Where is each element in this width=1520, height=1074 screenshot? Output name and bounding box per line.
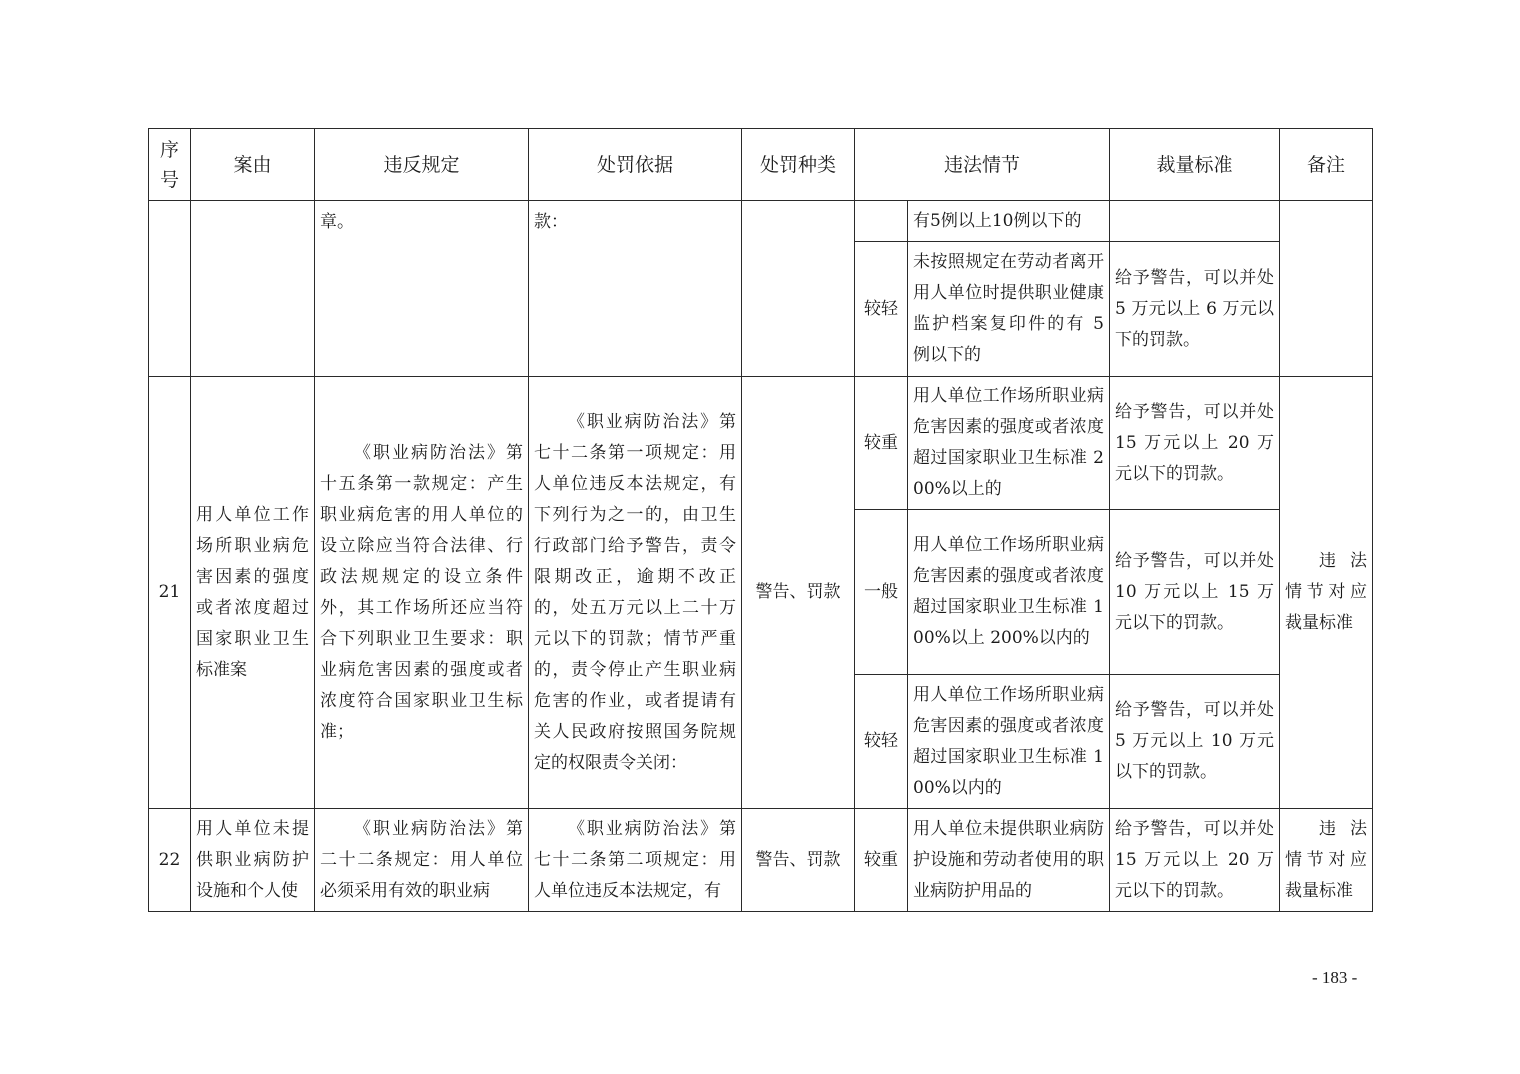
header-seq: 序号 xyxy=(149,129,191,201)
cell-level: 较轻 xyxy=(855,242,908,377)
cell-level xyxy=(855,201,908,242)
header-circumstance: 违法情节 xyxy=(855,129,1110,201)
cell-violation: 《职业病防治法》第二十二条规定：用人单位必须采用有效的职业病 xyxy=(315,809,529,912)
cell-type xyxy=(742,201,855,377)
cell-violation: 章。 xyxy=(315,201,529,377)
cell-case: 用人单位工作场所职业病危害因素的强度或者浓度超过国家职业卫生标准案 xyxy=(191,377,315,809)
cell-remark: 违法情节对应裁量标准 xyxy=(1280,377,1373,809)
cell-level: 较重 xyxy=(855,377,908,510)
cell-basis: 款： xyxy=(529,201,742,377)
header-case: 案由 xyxy=(191,129,315,201)
cell-remark xyxy=(1280,201,1373,377)
page-number: - 183 - xyxy=(1312,968,1357,988)
header-remark: 备注 xyxy=(1280,129,1373,201)
table-row-continuation-1: 章。 款： 有5例以上10例以下的 xyxy=(149,201,1373,242)
cell-basis: 《职业病防治法》第七十二条第二项规定：用人单位违反本法规定，有 xyxy=(529,809,742,912)
cell-circumstance: 用人单位工作场所职业病危害因素的强度或者浓度超过国家职业卫生标准 200%以上的 xyxy=(908,377,1110,510)
cell-standard: 给予警告，可以并处 15 万元以上 20 万元以下的罚款。 xyxy=(1110,809,1280,912)
cell-basis: 《职业病防治法》第七十二条第一项规定：用人单位违反本法规定，有下列行为之一的，由… xyxy=(529,377,742,809)
cell-seq xyxy=(149,201,191,377)
cell-remark: 违法情节对应裁量标准 xyxy=(1280,809,1373,912)
cell-circumstance: 未按照规定在劳动者离开用人单位时提供职业健康监护档案复印件的有 5 例以下的 xyxy=(908,242,1110,377)
header-type: 处罚种类 xyxy=(742,129,855,201)
header-basis: 处罚依据 xyxy=(529,129,742,201)
cell-standard: 给予警告，可以并处 5 万元以上 6 万元以下的罚款。 xyxy=(1110,242,1280,377)
table-row-21-level-1: 21 用人单位工作场所职业病危害因素的强度或者浓度超过国家职业卫生标准案 《职业… xyxy=(149,377,1373,510)
cell-level: 较重 xyxy=(855,809,908,912)
cell-circumstance: 用人单位工作场所职业病危害因素的强度或者浓度超过国家职业卫生标准 100%以上 … xyxy=(908,510,1110,675)
table-header-row: 序号 案由 违反规定 处罚依据 处罚种类 违法情节 裁量标准 备注 xyxy=(149,129,1373,201)
cell-seq: 22 xyxy=(149,809,191,912)
cell-standard: 给予警告，可以并处 15 万元以上 20 万元以下的罚款。 xyxy=(1110,377,1280,510)
cell-level: 一般 xyxy=(855,510,908,675)
cell-circumstance: 有5例以上10例以下的 xyxy=(908,201,1110,242)
header-violation: 违反规定 xyxy=(315,129,529,201)
cell-level: 较轻 xyxy=(855,675,908,809)
table-row-22-level-1: 22 用人单位未提供职业病防护设施和个人使 《职业病防治法》第二十二条规定：用人… xyxy=(149,809,1373,912)
cell-circumstance: 用人单位工作场所职业病危害因素的强度或者浓度超过国家职业卫生标准 100%以内的 xyxy=(908,675,1110,809)
cell-standard: 给予警告，可以并处 10 万元以上 15 万元以下的罚款。 xyxy=(1110,510,1280,675)
cell-standard: 给予警告，可以并处 5 万元以上 10 万元以下的罚款。 xyxy=(1110,675,1280,809)
cell-seq: 21 xyxy=(149,377,191,809)
cell-type: 警告、罚款 xyxy=(742,809,855,912)
document-page: 序号 案由 违反规定 处罚依据 处罚种类 违法情节 裁量标准 备注 章。 款： … xyxy=(0,0,1520,1074)
cell-standard xyxy=(1110,201,1280,242)
penalty-discretion-table: 序号 案由 违反规定 处罚依据 处罚种类 违法情节 裁量标准 备注 章。 款： … xyxy=(148,128,1373,912)
cell-case: 用人单位未提供职业病防护设施和个人使 xyxy=(191,809,315,912)
cell-circumstance: 用人单位未提供职业病防护设施和劳动者使用的职业病防护用品的 xyxy=(908,809,1110,912)
cell-violation: 《职业病防治法》第十五条第一款规定：产生职业病危害的用人单位的设立除应当符合法律… xyxy=(315,377,529,809)
header-standard: 裁量标准 xyxy=(1110,129,1280,201)
cell-case xyxy=(191,201,315,377)
cell-type: 警告、罚款 xyxy=(742,377,855,809)
